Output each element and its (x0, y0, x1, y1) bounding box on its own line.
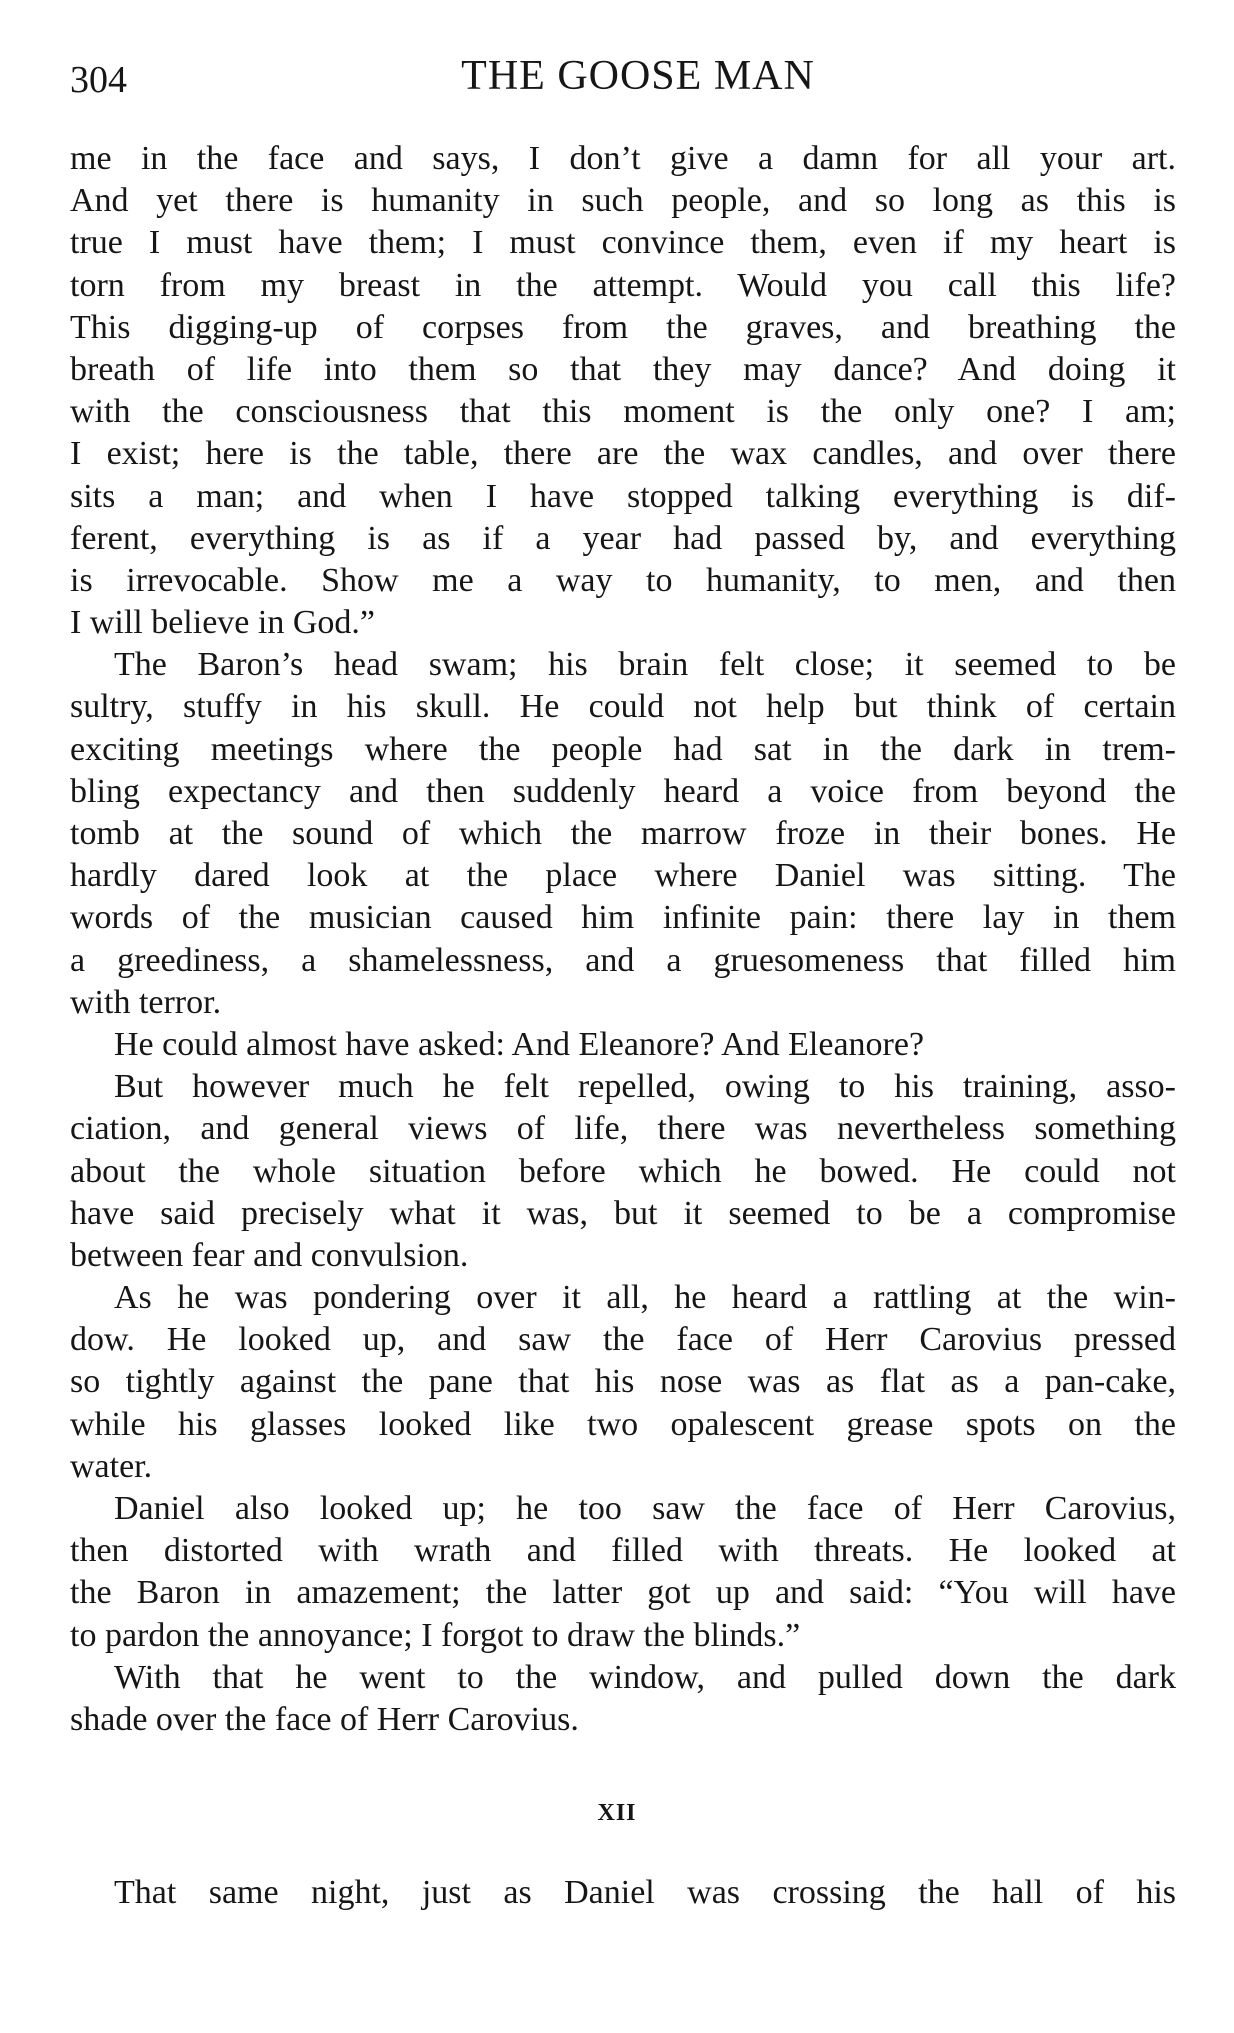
paragraph-line: with the consciousness that this moment … (70, 391, 1176, 433)
paragraph-line: so tightly against the pane that his nos… (70, 1361, 1176, 1403)
paragraph-line: sultry, stuffy in his skull. He could no… (70, 686, 1176, 728)
book-title: THE GOOSE MAN (70, 52, 1176, 100)
paragraph-line: true I must have them; I must convince t… (70, 222, 1176, 264)
paragraph: As he was pondering over it all, he hear… (70, 1277, 1176, 1488)
paragraph: With that he went to the window, and pul… (70, 1657, 1176, 1741)
paragraph-line: As he was pondering over it all, he hear… (70, 1277, 1176, 1319)
paragraph-line: hardly dared look at the place where Dan… (70, 855, 1176, 897)
running-head: 304 THE GOOSE MAN (70, 52, 1176, 102)
paragraph-line: The Baron’s head swam; his brain felt cl… (70, 644, 1176, 686)
paragraph-line: then distorted with wrath and filled wit… (70, 1530, 1176, 1572)
paragraph-line: sits a man; and when I have stopped talk… (70, 476, 1176, 518)
paragraph-line: is irrevocable. Show me a way to humanit… (70, 560, 1176, 602)
paragraph: Daniel also looked up; he too saw the fa… (70, 1488, 1176, 1657)
paragraph-line: between fear and convulsion. (70, 1235, 1176, 1277)
paragraph-line: about the whole situation before which h… (70, 1151, 1176, 1193)
paragraph-line: I will believe in God.” (70, 602, 1176, 644)
paragraph-line: Daniel also looked up; he too saw the fa… (70, 1488, 1176, 1530)
paragraph-line: exciting meetings where the people had s… (70, 729, 1176, 771)
paragraph-line: a greediness, a shamelessness, and a gru… (70, 940, 1176, 982)
paragraph-line: while his glasses looked like two opales… (70, 1404, 1176, 1446)
body-text: me in the face and says, I don’t give a … (70, 138, 1176, 1741)
paragraph-line: me in the face and says, I don’t give a … (70, 138, 1176, 180)
paragraph-line: shade over the face of Herr Carovius. (70, 1699, 1176, 1741)
paragraph-line: have said precisely what it was, but it … (70, 1193, 1176, 1235)
paragraph-line: He could almost have asked: And Eleanore… (70, 1024, 1176, 1066)
paragraph-line: with terror. (70, 982, 1176, 1024)
paragraph-line: the Baron in amazement; the latter got u… (70, 1572, 1176, 1614)
paragraph-line: dow. He looked up, and saw the face of H… (70, 1319, 1176, 1361)
paragraph-line: tomb at the sound of which the marrow fr… (70, 813, 1176, 855)
paragraph-line: bling expectancy and then suddenly heard… (70, 771, 1176, 813)
paragraph-line: And yet there is humanity in such people… (70, 180, 1176, 222)
paragraph: He could almost have asked: And Eleanore… (70, 1024, 1176, 1066)
chapter-heading: XII (0, 1800, 1234, 1827)
paragraph: But however much he felt repelled, owing… (70, 1066, 1176, 1277)
paragraph-line: to pardon the annoyance; I forgot to dra… (70, 1615, 1176, 1657)
paragraph-line: With that he went to the window, and pul… (70, 1657, 1176, 1699)
paragraph-line: But however much he felt repelled, owing… (70, 1066, 1176, 1108)
chapter-opening-paragraph: That same night, just as Daniel was cros… (70, 1872, 1176, 1914)
paragraph-line: breath of life into them so that they ma… (70, 349, 1176, 391)
paragraph-line: That same night, just as Daniel was cros… (70, 1872, 1176, 1914)
paragraph-line: water. (70, 1446, 1176, 1488)
paragraph-line: words of the musician caused him infinit… (70, 897, 1176, 939)
paragraph: The Baron’s head swam; his brain felt cl… (70, 644, 1176, 1024)
paragraph-line: This digging-up of corpses from the grav… (70, 307, 1176, 349)
paragraph-line: I exist; here is the table, there are th… (70, 433, 1176, 475)
paragraph-line: torn from my breast in the attempt. Woul… (70, 265, 1176, 307)
paragraph-line: ciation, and general views of life, ther… (70, 1108, 1176, 1150)
paragraph: me in the face and says, I don’t give a … (70, 138, 1176, 644)
paragraph-line: ferent, everything is as if a year had p… (70, 518, 1176, 560)
